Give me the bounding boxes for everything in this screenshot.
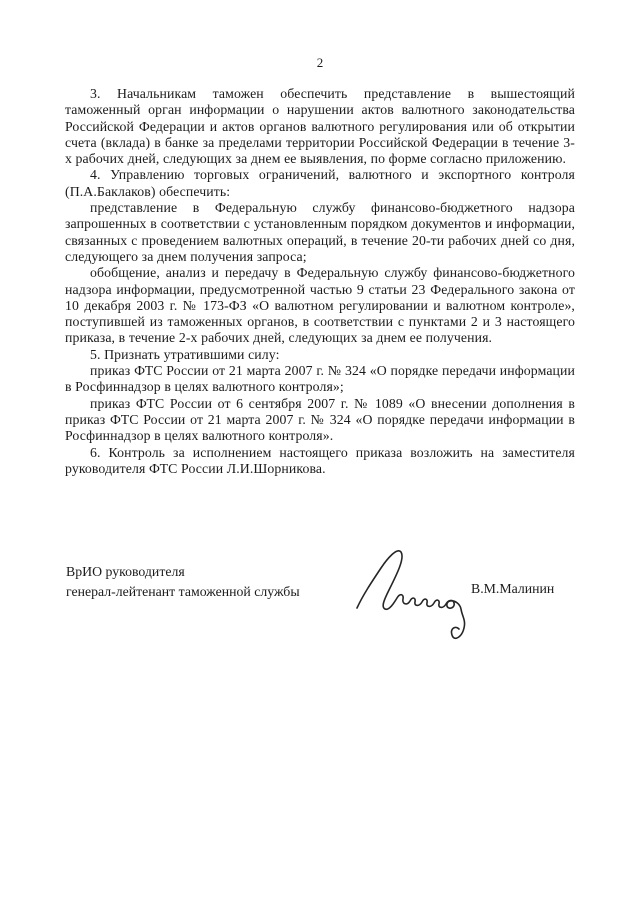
body-paragraph-4: 4. Управлению торговых ограничений, валю… [65, 167, 575, 200]
body-paragraph-5-sub2: приказ ФТС России от 6 сентября 2007 г. … [65, 396, 575, 445]
body-paragraph-6: 6. Контроль за исполнением настоящего пр… [65, 445, 575, 478]
signatory-position-line2: генерал-лейтенант таможенной службы [66, 582, 300, 602]
document-body: 3. Начальникам таможен обеспечить предст… [65, 86, 575, 477]
body-paragraph-4-sub1: представление в Федеральную службу финан… [65, 200, 575, 265]
body-paragraph-3: 3. Начальникам таможен обеспечить предст… [65, 86, 575, 167]
body-paragraph-4-sub2: обобщение, анализ и передачу в Федеральн… [65, 265, 575, 346]
body-paragraph-5-sub1: приказ ФТС России от 21 марта 2007 г. № … [65, 363, 575, 396]
signature-block: ВрИО руководителя генерал-лейтенант тамо… [0, 560, 640, 690]
signatory-name: В.М.Малинин [471, 581, 554, 597]
document-page: 2 3. Начальникам таможен обеспечить пред… [0, 0, 640, 900]
page-number: 2 [0, 55, 640, 71]
handwritten-signature-icon [345, 542, 475, 654]
signatory-position-line1: ВрИО руководителя [66, 562, 300, 582]
signatory-position: ВрИО руководителя генерал-лейтенант тамо… [66, 562, 300, 601]
body-paragraph-5: 5. Признать утратившими силу: [65, 347, 575, 363]
